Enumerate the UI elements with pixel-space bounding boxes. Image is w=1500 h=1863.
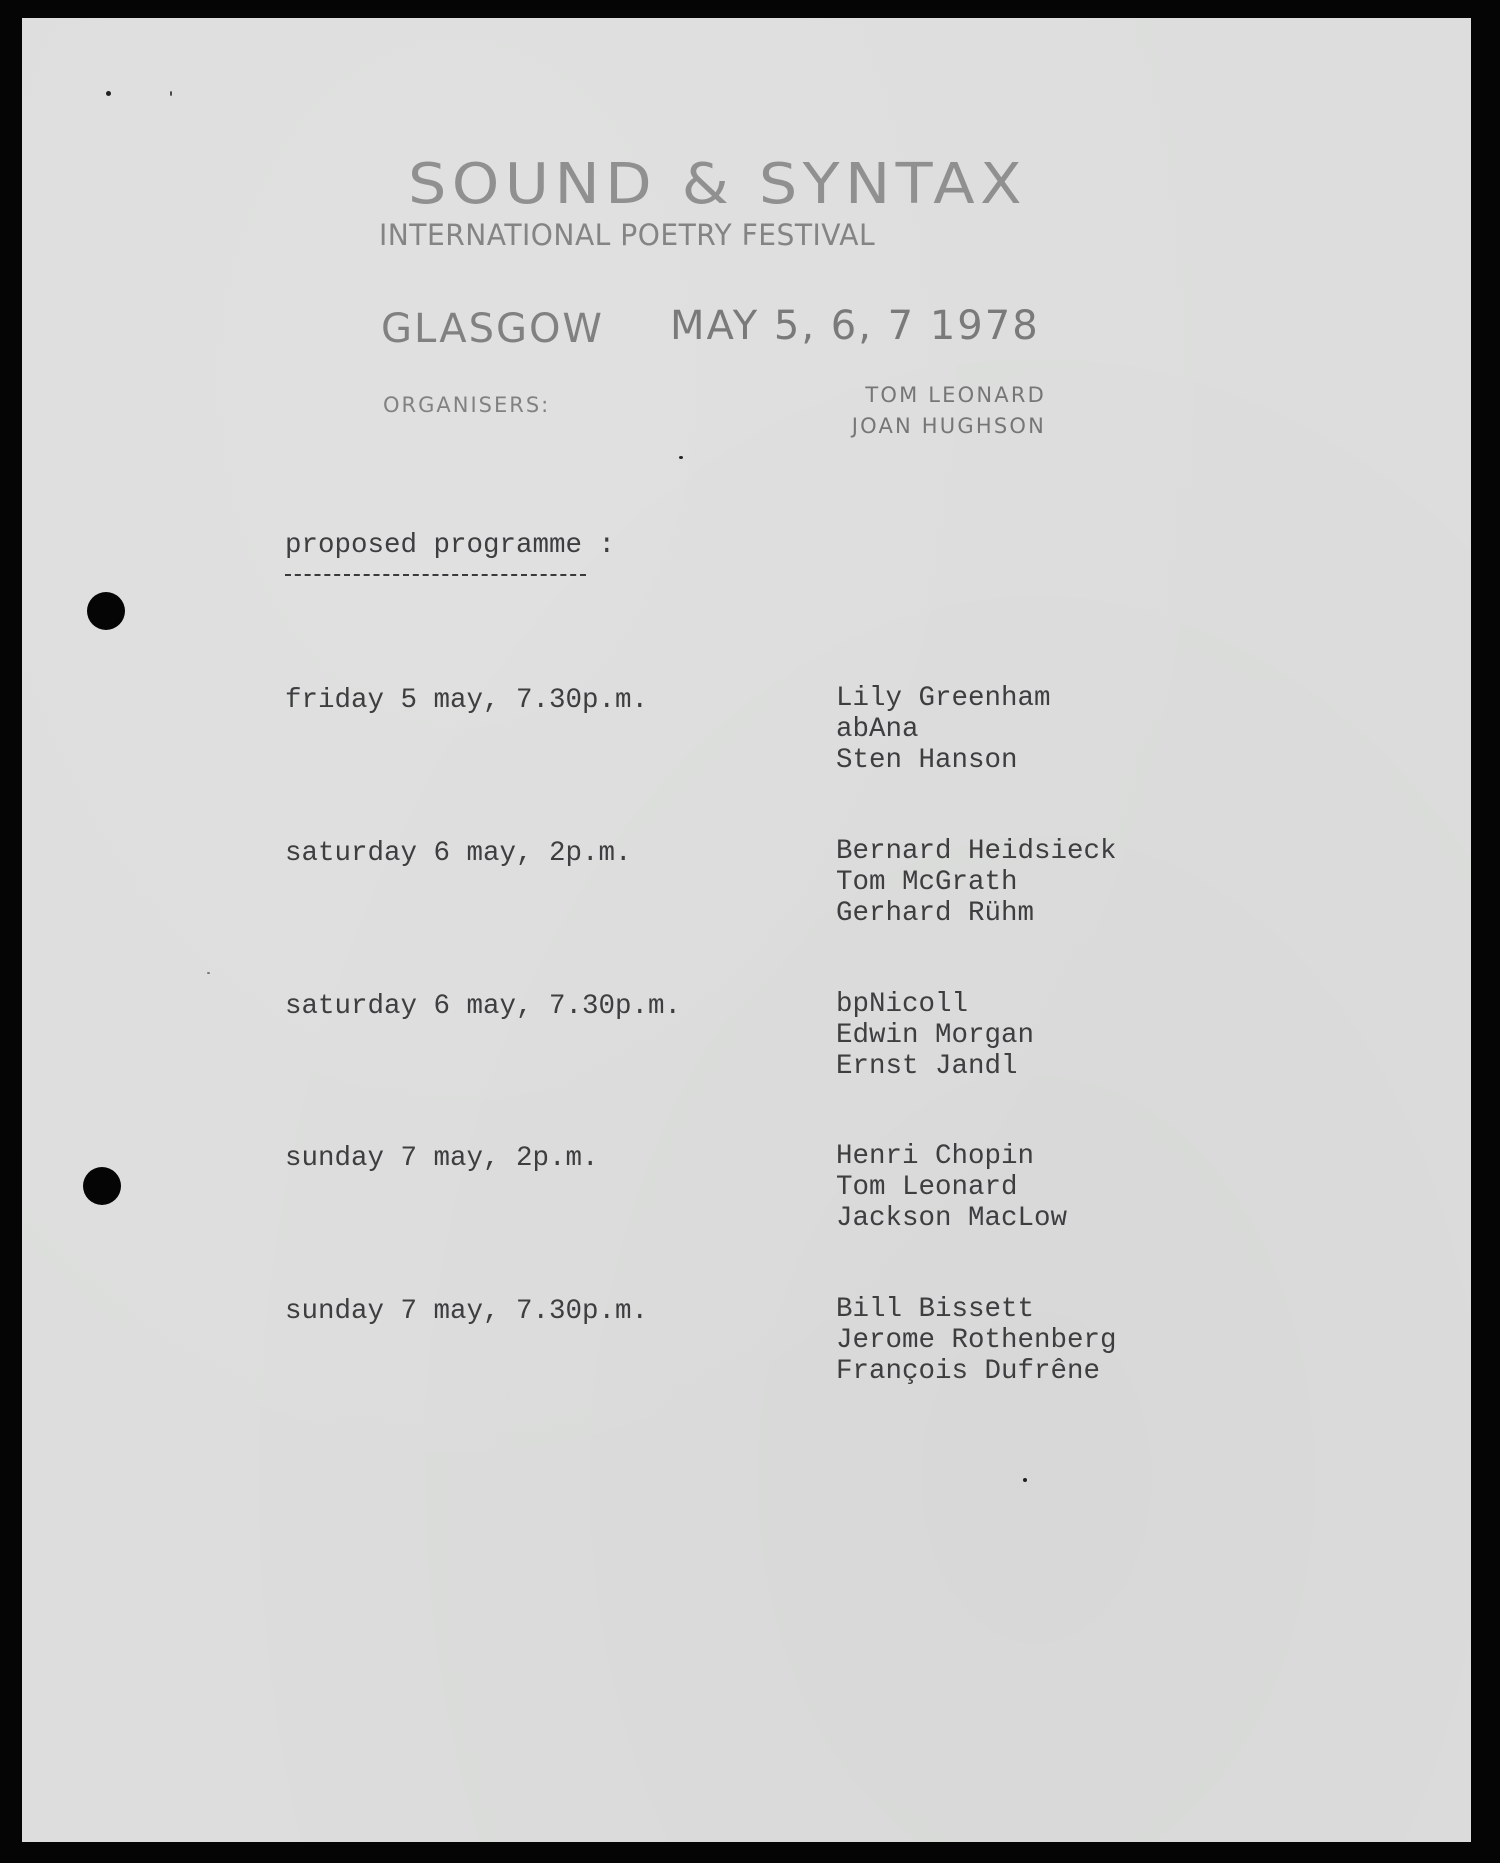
paper-speck: [170, 91, 172, 96]
performer-name: Tom Leonard: [836, 1172, 1067, 1203]
performer-name: Bernard Heidsieck: [836, 836, 1117, 867]
performer-name: Henri Chopin: [836, 1141, 1067, 1172]
festival-city: GLASGOW: [381, 306, 604, 352]
session-performers: Lily Greenham abAna Sten Hanson: [836, 683, 1051, 776]
programme-heading: proposed programme :: [285, 530, 615, 561]
paper-speck: [1023, 1478, 1027, 1482]
heading-underline: [285, 574, 586, 576]
organiser-name: JOAN HUGHSON: [852, 414, 1046, 438]
paper-speck: [679, 456, 683, 459]
session-performers: Henri Chopin Tom Leonard Jackson MacLow: [836, 1141, 1067, 1234]
performer-name: Sten Hanson: [836, 745, 1051, 776]
organiser-name: TOM LEONARD: [865, 383, 1046, 407]
performer-name: François Dufrêne: [836, 1356, 1117, 1387]
paper-speck: [106, 91, 111, 96]
punch-hole-upper: [87, 592, 125, 630]
performer-name: Tom McGrath: [836, 867, 1117, 898]
punch-hole-lower: [83, 1167, 121, 1205]
festival-dates: MAY 5, 6, 7 1978: [670, 303, 1040, 349]
performer-name: bpNicoll: [836, 989, 1034, 1020]
session-time: saturday 6 may, 2p.m.: [285, 838, 632, 869]
session-performers: Bernard Heidsieck Tom McGrath Gerhard Rü…: [836, 836, 1117, 929]
performer-name: Lily Greenham: [836, 683, 1051, 714]
festival-title: SOUND & SYNTAX: [408, 152, 1027, 217]
paper-speck: [207, 972, 210, 974]
festival-subtitle: INTERNATIONAL POETRY FESTIVAL: [379, 218, 875, 252]
session-time: sunday 7 may, 7.30p.m.: [285, 1296, 648, 1327]
performer-name: Ernst Jandl: [836, 1051, 1034, 1082]
session-time: friday 5 may, 7.30p.m.: [285, 685, 648, 716]
performer-name: Jerome Rothenberg: [836, 1325, 1117, 1356]
session-time: sunday 7 may, 2p.m.: [285, 1143, 599, 1174]
performer-name: Edwin Morgan: [836, 1020, 1034, 1051]
session-time: saturday 6 may, 7.30p.m.: [285, 991, 681, 1022]
organisers-label: ORGANISERS:: [383, 393, 550, 417]
performer-name: Gerhard Rühm: [836, 898, 1117, 929]
session-performers: bpNicoll Edwin Morgan Ernst Jandl: [836, 989, 1034, 1082]
performer-name: Bill Bissett: [836, 1294, 1117, 1325]
performer-name: abAna: [836, 714, 1051, 745]
performer-name: Jackson MacLow: [836, 1203, 1067, 1234]
document-page: [22, 18, 1471, 1842]
session-performers: Bill Bissett Jerome Rothenberg François …: [836, 1294, 1117, 1387]
